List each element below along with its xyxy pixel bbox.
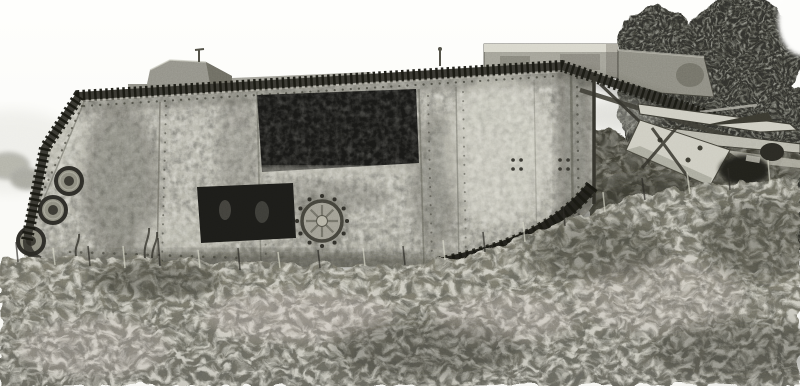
photograph: Black-and-white photograph of an early F… bbox=[0, 0, 800, 386]
tank-photo: Black-and-white photograph of an early F… bbox=[0, 0, 800, 386]
film-grain bbox=[0, 0, 800, 386]
